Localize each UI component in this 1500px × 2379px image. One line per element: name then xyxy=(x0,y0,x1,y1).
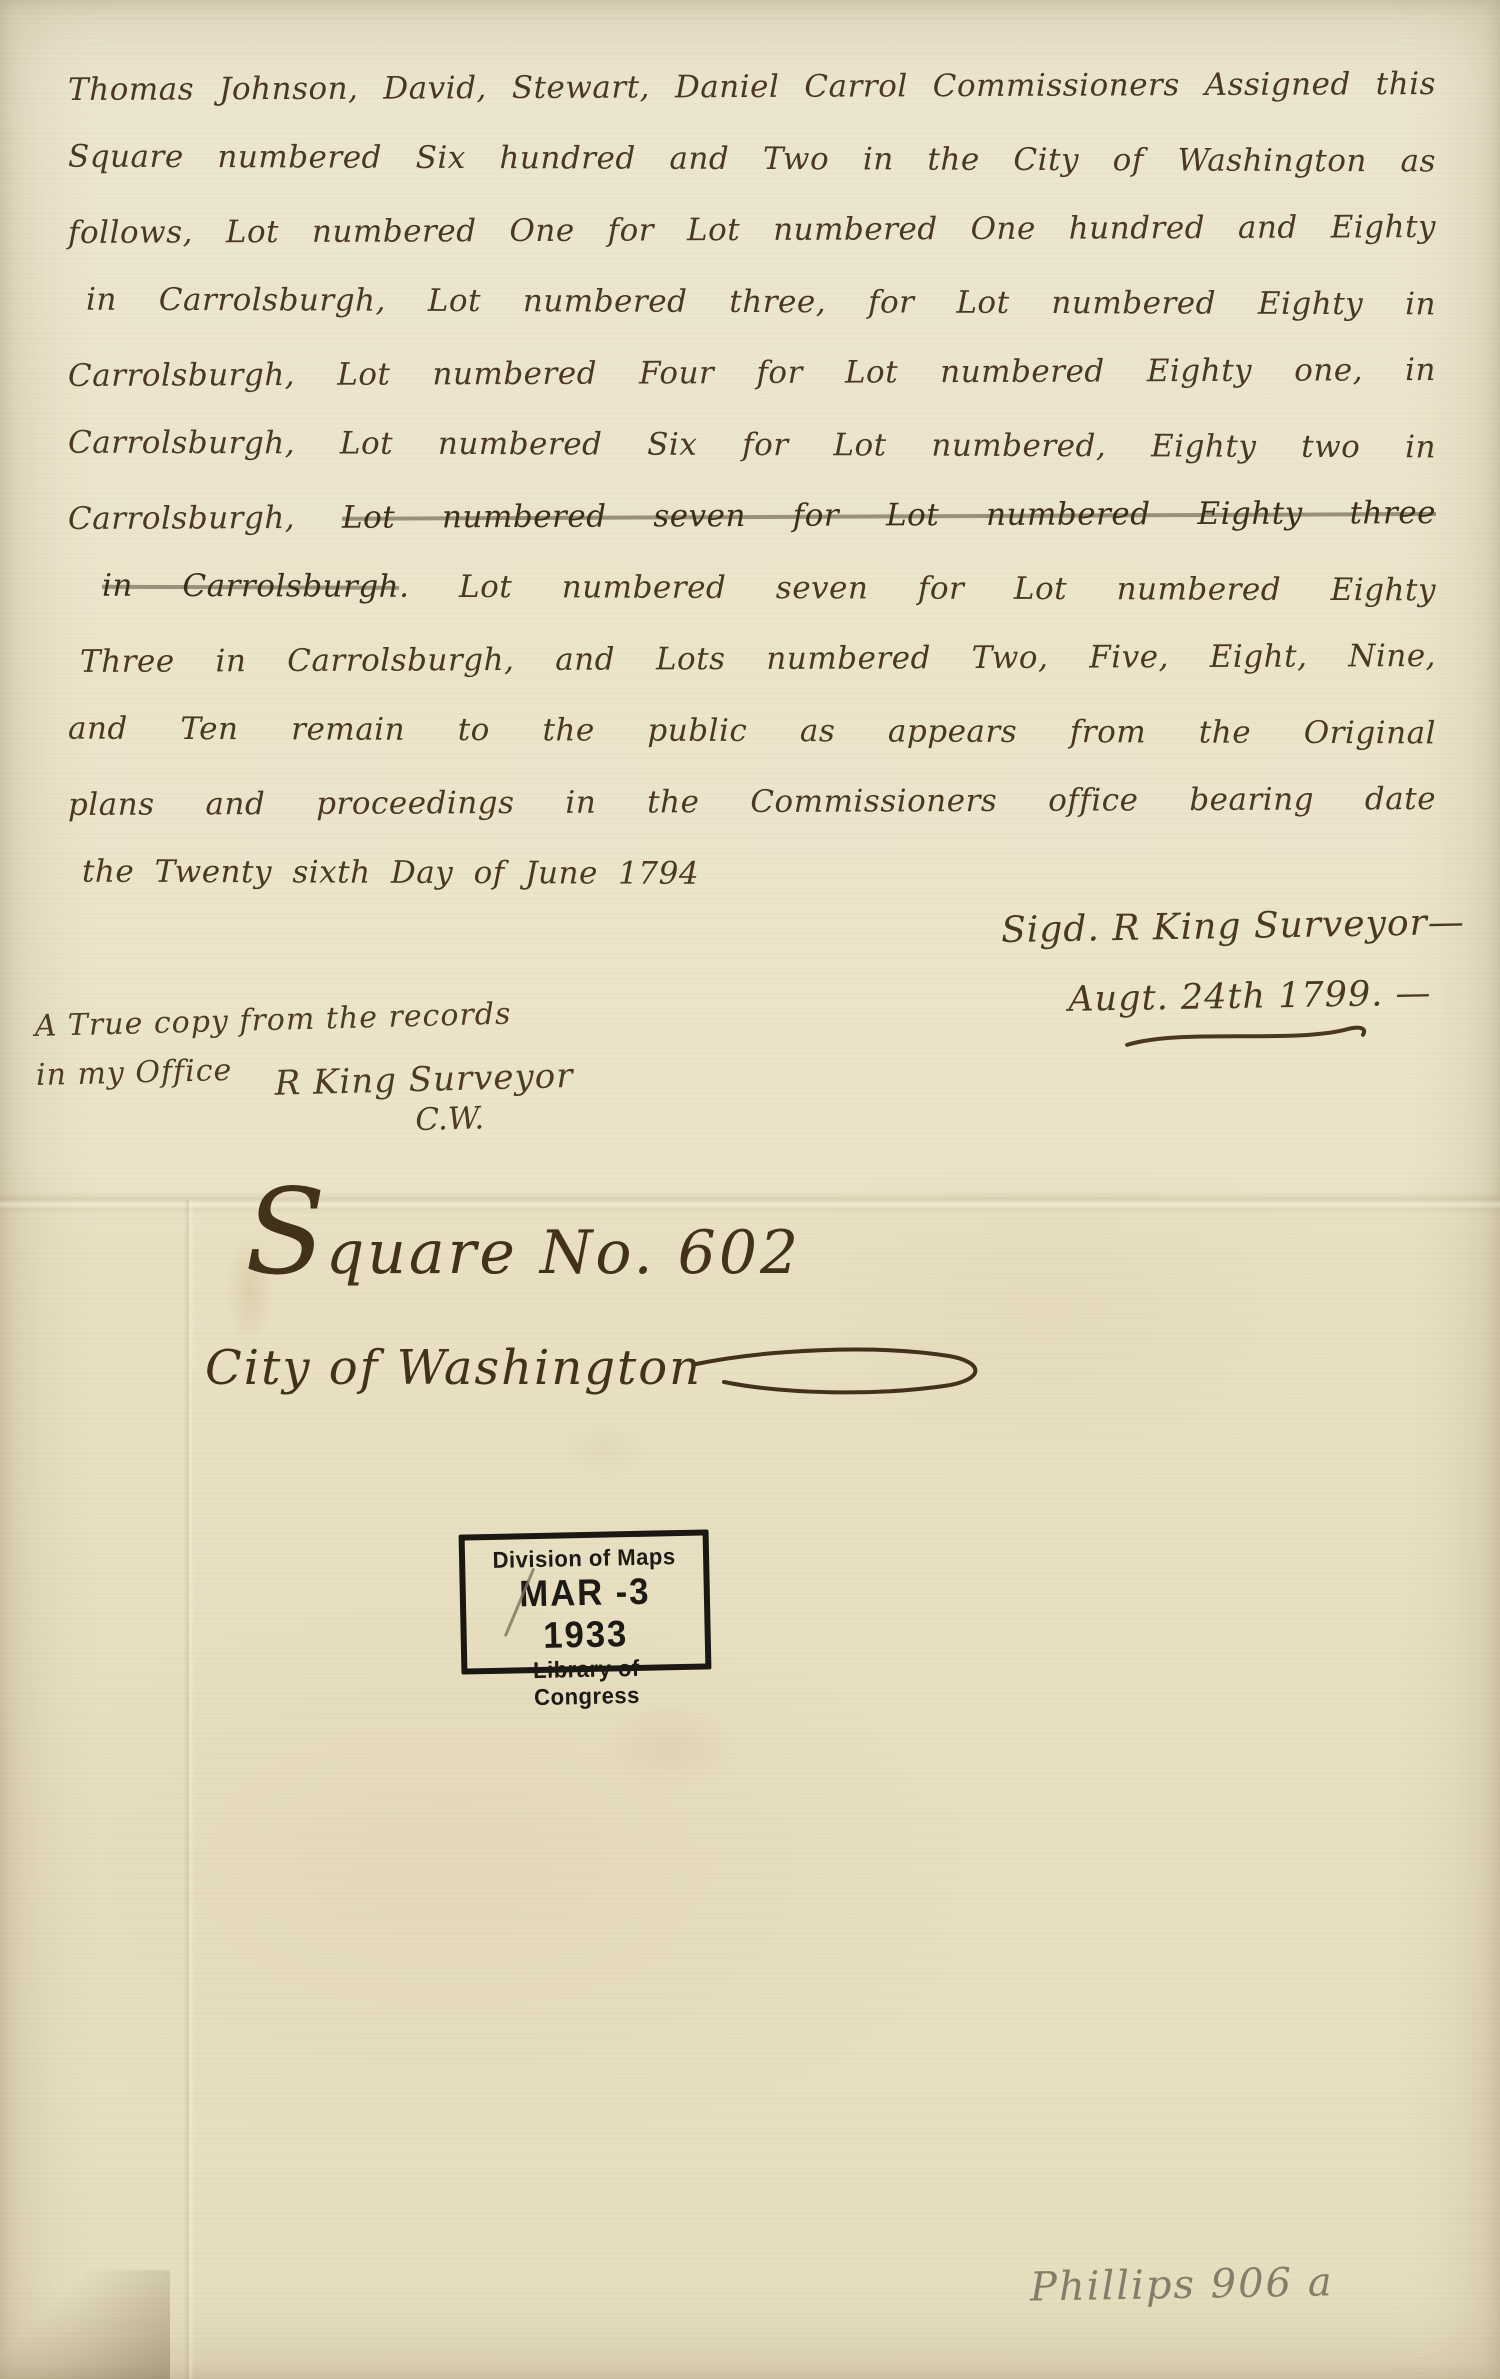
certification-block: A True copy from the records in my Offic… xyxy=(34,995,575,1148)
corner-fold-shadow xyxy=(0,2270,170,2379)
certification-initials: C.W. xyxy=(415,1098,575,1138)
docket-block: Square No. 602 City of Washington xyxy=(205,1218,994,1412)
certification-line-2: in my Office xyxy=(36,1053,233,1093)
stamp-library-line: Library of Congress xyxy=(478,1654,696,1713)
manuscript-line: Carrolsburgh, Lot numbered Six for Lot n… xyxy=(68,407,1436,483)
paper-stain xyxy=(600,1700,740,1790)
manuscript-line: in Carrolsburgh, Lot numbered three, for… xyxy=(68,264,1436,340)
manuscript-line: and Ten remain to the public as appears … xyxy=(68,693,1436,769)
vertical-fold-crease xyxy=(184,1200,194,2379)
certification-line-1: A True copy from the records xyxy=(34,995,572,1044)
manuscript-text: plans and proceedings in the Commissione… xyxy=(68,781,1436,823)
manuscript-text: Thomas Johnson, David, Stewart, Daniel C… xyxy=(68,66,1436,108)
struck-text: in Carrolsburgh xyxy=(102,567,399,604)
horizontal-fold-crease xyxy=(0,1192,1500,1214)
certification-signer: R King Surveyor xyxy=(274,1056,574,1104)
manuscript-text: in Carrolsburgh, Lot numbered three, for… xyxy=(86,281,1436,322)
manuscript-text: Three in Carrolsburgh, and Lots numbered… xyxy=(80,638,1436,680)
manuscript-line: plans and proceedings in the Commissione… xyxy=(68,764,1436,841)
manuscript-text: Carrolsburgh, xyxy=(68,500,342,537)
struck-text: Lot numbered seven for Lot numbered Eigh… xyxy=(342,495,1436,536)
manuscript-line: Square numbered Six hundred and Two in t… xyxy=(68,121,1436,197)
signature-name: Sigd. R King Surveyor— xyxy=(1001,902,1465,951)
manuscript-text: . Lot numbered seven for Lot numbered Ei… xyxy=(399,568,1436,608)
loc-stamp: Division of Maps MAR -3 1933 Library of … xyxy=(459,1529,712,1674)
manuscript-text: follows, Lot numbered One for Lot number… xyxy=(68,209,1436,251)
manuscript-line: follows, Lot numbered One for Lot number… xyxy=(68,192,1436,269)
manuscript-line: in Carrolsburgh. Lot numbered seven for … xyxy=(68,550,1436,626)
signature-flourish xyxy=(1123,1021,1373,1053)
manuscript-text: the Twenty sixth Day of June 1794 xyxy=(82,853,699,891)
manuscript-text: and Ten remain to the public as appears … xyxy=(68,710,1436,751)
docket-flourish xyxy=(694,1342,994,1412)
manuscript-line: Three in Carrolsburgh, and Lots numbered… xyxy=(68,621,1436,698)
catalog-note: Phillips 906 a xyxy=(1030,2259,1334,2310)
docket-title: Square No. 602 xyxy=(245,1218,994,1288)
manuscript-line: Thomas Johnson, David, Stewart, Daniel C… xyxy=(68,49,1436,126)
paper-stain xyxy=(560,1420,650,1480)
manuscript-line: Carrolsburgh, Lot numbered Four for Lot … xyxy=(68,335,1436,412)
signature-block: Sigd. R King Surveyor— Augt. 24th 1799. … xyxy=(1001,902,1467,1055)
manuscript-text: Square numbered Six hundred and Two in t… xyxy=(68,138,1436,179)
stamp-date: MAR -3 1933 xyxy=(478,1570,692,1658)
manuscript-line: Carrolsburgh, Lot numbered seven for Lot… xyxy=(68,478,1436,555)
docket-subtitle: City of Washington xyxy=(205,1340,702,1396)
manuscript-line: the Twenty sixth Day of June 1794 xyxy=(68,836,1436,912)
manuscript-text: Carrolsburgh, Lot numbered Four for Lot … xyxy=(68,352,1436,394)
manuscript-body: Thomas Johnson, David, Stewart, Daniel C… xyxy=(68,52,1436,910)
signature-date: Augt. 24th 1799. — xyxy=(1068,973,1466,1020)
manuscript-text: Carrolsburgh, Lot numbered Six for Lot n… xyxy=(68,424,1436,465)
document-scan: Thomas Johnson, David, Stewart, Daniel C… xyxy=(0,0,1500,2379)
